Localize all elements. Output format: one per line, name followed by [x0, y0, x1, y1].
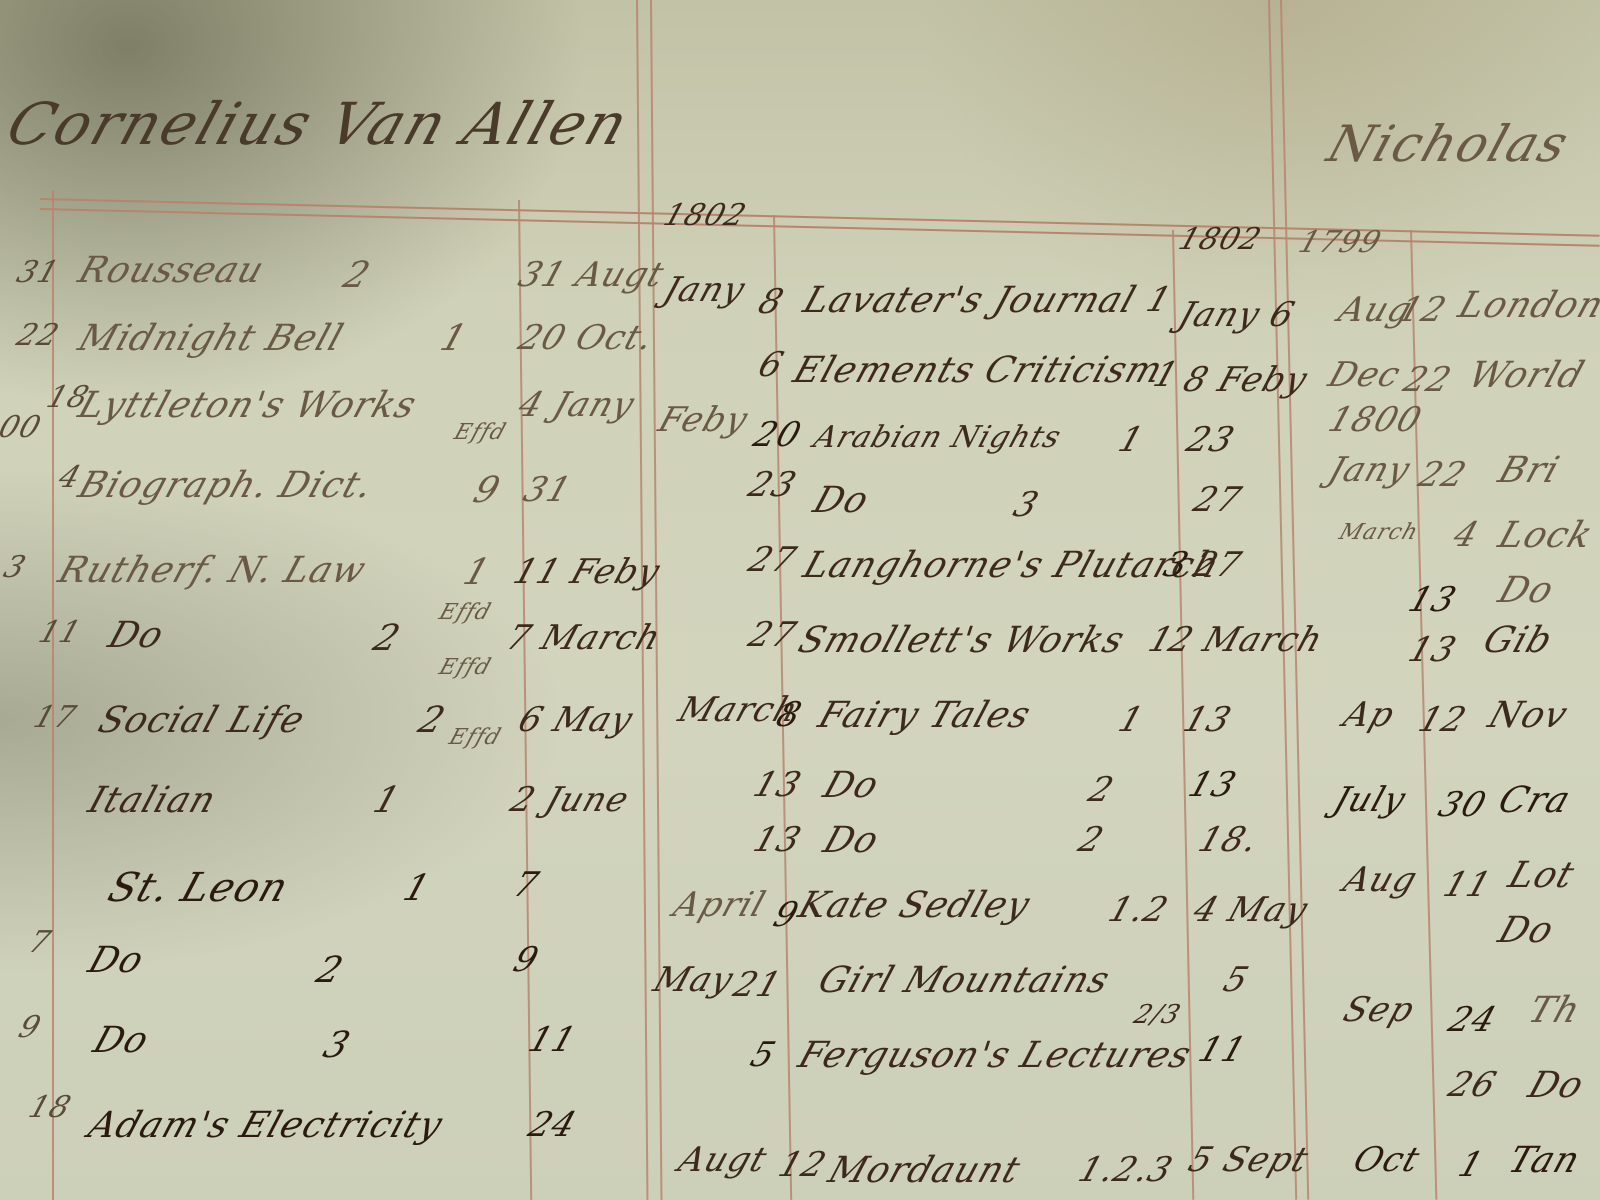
book-title: Social Life: [93, 700, 310, 741]
return-date: 11: [524, 1020, 582, 1060]
borrow-day: 13: [1404, 580, 1462, 620]
borrow-month: Jany: [659, 270, 751, 310]
book-title: St. Leon: [103, 865, 295, 911]
borrow-month: 1800: [1324, 400, 1428, 440]
borrow-day: 13: [1404, 630, 1462, 670]
book-title: London: [1453, 285, 1600, 326]
return-date: 13: [1184, 765, 1242, 805]
book-title: Midnight Bell: [73, 318, 348, 359]
book-title: Do: [88, 1020, 154, 1061]
borrow-month: April: [669, 885, 771, 925]
book-title: Th: [1523, 990, 1586, 1031]
account-name-right: Nicholas: [1321, 115, 1577, 173]
borrow-day: 21: [729, 965, 787, 1005]
account-name-left: Cornelius Van Allen: [0, 90, 638, 158]
volume-count: 1: [1142, 280, 1178, 320]
year-borrowed: 1802: [659, 198, 751, 233]
volume-count: 1: [1114, 420, 1150, 460]
volume-count: 1: [458, 552, 495, 593]
volume-count: 2: [1074, 820, 1110, 860]
book-title: Rutherf. N. Law: [53, 550, 371, 591]
volume-count: 2: [368, 618, 405, 659]
return-date: 6 May: [514, 700, 639, 740]
return-date: 18.: [1194, 820, 1264, 860]
volume-count: 2: [413, 700, 450, 741]
borrow-day: 1: [1454, 1145, 1490, 1185]
volume-count: 1.2.3: [1074, 1150, 1179, 1190]
borrow-day: 4: [1449, 515, 1485, 555]
borrow-day: 5: [746, 1035, 782, 1075]
book-title: Do: [1493, 910, 1559, 951]
book-title: World: [1463, 355, 1589, 396]
volume-count: 1: [1114, 700, 1150, 740]
margin-day: 00: [0, 410, 46, 445]
margin-day: 3: [0, 550, 31, 585]
borrow-day: 6: [754, 345, 790, 385]
return-date: 4 May: [1189, 890, 1314, 930]
book-title: Rousseau: [73, 250, 269, 291]
book-title: Cra: [1493, 780, 1576, 821]
borrow-month: Aug: [1339, 860, 1423, 900]
return-date: 11 Feby: [509, 552, 666, 592]
borrow-month: July: [1329, 780, 1412, 820]
borrow-day: 13: [749, 765, 807, 805]
volume-count: 9: [468, 470, 505, 511]
borrow-day: 23: [744, 465, 802, 505]
book-title: Biograph. Dict.: [73, 465, 378, 506]
book-title: Elements Criticism: [788, 350, 1168, 391]
book-title: Adam's Electricity: [83, 1105, 448, 1146]
borrow-month: Augt: [674, 1140, 773, 1180]
return-date: 7: [509, 865, 545, 905]
borrow-day: 11: [1439, 865, 1497, 905]
return-date: 11: [1194, 1030, 1252, 1070]
borrow-day: 8: [754, 282, 790, 322]
book-title: Do: [103, 615, 169, 656]
book-title: Do: [1493, 570, 1559, 611]
book-title: Fairy Tales: [813, 695, 1036, 736]
borrow-day: 30: [1434, 785, 1492, 825]
volume-count: 1: [398, 868, 435, 909]
column-rule: [636, 0, 648, 1200]
volume-count: 2: [338, 255, 375, 296]
book-title: Lavater's Journal: [798, 280, 1141, 321]
return-date: 27: [1189, 480, 1247, 520]
volume-count: 1: [368, 780, 405, 821]
book-title: Do: [808, 480, 874, 521]
annotation-effd: Effd: [436, 655, 495, 680]
annotation-effd: Effd: [436, 600, 495, 625]
borrow-day: 20: [749, 415, 807, 455]
borrow-day: 27: [744, 615, 802, 655]
borrow-day: 26: [1444, 1065, 1502, 1105]
borrow-day: 12: [774, 1145, 832, 1185]
borrow-day: 24: [1444, 1000, 1502, 1040]
book-title: Girl Mountains: [813, 960, 1115, 1001]
borrow-month: March: [1336, 520, 1422, 545]
book-title: Do: [83, 940, 149, 981]
book-title: Ferguson's Lectures: [793, 1035, 1196, 1076]
margin-day: 17: [29, 700, 81, 735]
book-title: Do: [818, 820, 884, 861]
return-date: 9: [509, 940, 545, 980]
volume-count: 1.2: [1104, 890, 1174, 930]
book-title: Arabian Nights: [809, 420, 1066, 455]
book-title: Mordaunt: [823, 1150, 1025, 1191]
borrow-month: Sep: [1339, 990, 1420, 1030]
borrow-month: May: [649, 960, 739, 1000]
return-date: 5: [1219, 960, 1255, 1000]
annotation-effd: Effd: [451, 420, 510, 445]
book-title: Lot: [1503, 855, 1579, 896]
book-title: Do: [1523, 1065, 1589, 1106]
return-date: 31: [519, 470, 577, 510]
return-date: 20 Oct.: [514, 318, 659, 358]
return-date: 13: [1179, 700, 1237, 740]
borrow-day: 13: [749, 820, 807, 860]
book-title: Lock: [1493, 515, 1598, 556]
borrow-month: Oct: [1349, 1140, 1426, 1180]
return-date: 2 June: [506, 780, 635, 820]
margin-day: 9: [14, 1010, 45, 1045]
return-date: 24: [524, 1105, 582, 1145]
volume-count: 3: [1009, 485, 1045, 525]
return-date: 8 Feby: [1179, 360, 1313, 400]
return-date: 4 Jany: [514, 385, 640, 425]
return-date: 31 Augt: [514, 255, 670, 295]
borrow-day: 22: [1414, 455, 1472, 495]
volume-count: 2: [1084, 770, 1120, 810]
volume-count: 2: [311, 950, 348, 991]
ledger-page: Cornelius Van Allen Nicholas 1802 1802 1…: [0, 0, 1600, 1200]
return-date: 5 Sept: [1184, 1140, 1314, 1180]
margin-day: 11: [34, 615, 86, 650]
book-title: Smollett's Works: [793, 620, 1130, 661]
return-date: 23: [1182, 420, 1240, 460]
book-title: Bri: [1493, 450, 1565, 491]
book-title: Italian: [83, 780, 221, 821]
borrow-month: Jany: [1324, 450, 1416, 490]
borrow-day: 22: [1399, 360, 1457, 400]
year-returned: 1802: [1174, 222, 1266, 257]
borrow-month: Ap: [1339, 695, 1400, 735]
book-title: Do: [818, 765, 884, 806]
year-right: 1799: [1294, 225, 1386, 260]
return-date: 7 March: [502, 618, 667, 658]
annotation-effd: Effd: [446, 725, 505, 750]
volume-count: 2/3: [1130, 1000, 1185, 1030]
volume-count: 1: [435, 318, 472, 359]
borrow-month: Feby: [654, 400, 754, 440]
margin-day: 31: [12, 255, 64, 290]
margin-day: 22: [12, 318, 64, 353]
book-title: Lyttleton's Works: [73, 385, 422, 426]
column-rule: [650, 0, 662, 1200]
borrow-day: 27: [744, 540, 802, 580]
return-date: Jany 6: [1174, 295, 1300, 335]
volume-count: 3: [318, 1025, 355, 1066]
book-title: Kate Sedley: [793, 885, 1035, 926]
margin-day: 18: [24, 1090, 76, 1125]
book-title: Gib: [1478, 620, 1558, 661]
return-date: 2 March: [1164, 620, 1329, 660]
column-rule: [1280, 0, 1309, 1200]
book-title: Nov: [1483, 695, 1573, 736]
book-title: Tan: [1503, 1140, 1585, 1181]
borrow-month: Dec: [1324, 355, 1406, 395]
